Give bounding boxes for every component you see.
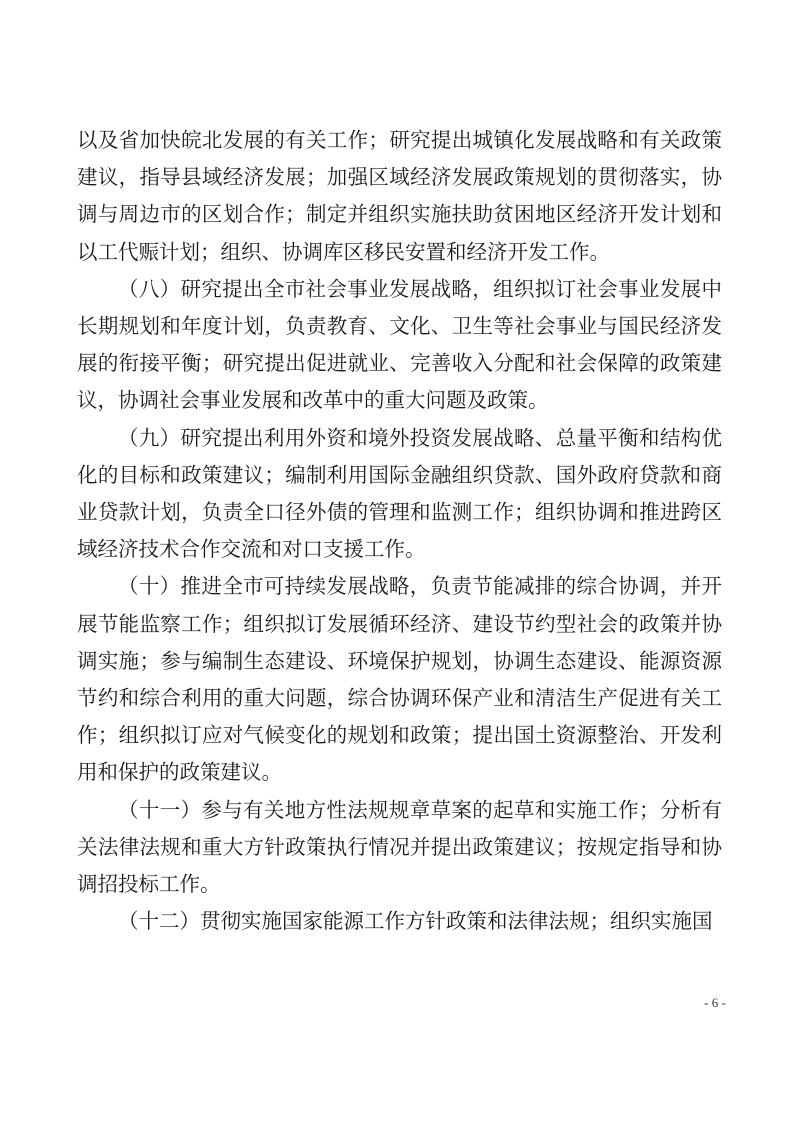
paragraph-item-11: （十一）参与有关地方性法规规章草案的起草和实施工作；分析有关法律法规和重大方针政… bbox=[77, 792, 722, 904]
paragraph-item-8: （八）研究提出全市社会事业发展战略，组织拟订社会事业发展中长期规划和年度计划，负… bbox=[77, 271, 722, 420]
page-number: - 6 - bbox=[690, 995, 740, 1011]
paragraph-item-10: （十）推进全市可持续发展战略，负责节能减排的综合协调，并开展节能监察工作；组织拟… bbox=[77, 568, 722, 791]
document-page: 以及省加快皖北发展的有关工作；研究提出城镇化发展战略和有关政策建议，指导县域经济… bbox=[0, 0, 793, 1122]
document-body: 以及省加快皖北发展的有关工作；研究提出城镇化发展战略和有关政策建议，指导县域经济… bbox=[77, 122, 722, 940]
paragraph-continuation: 以及省加快皖北发展的有关工作；研究提出城镇化发展战略和有关政策建议，指导县域经济… bbox=[77, 122, 722, 271]
paragraph-item-12: （十二）贯彻实施国家能源工作方针政策和法律法规；组织实施国 bbox=[77, 903, 722, 940]
paragraph-item-9: （九）研究提出利用外资和境外投资发展战略、总量平衡和结构优化的目标和政策建议；编… bbox=[77, 420, 722, 569]
